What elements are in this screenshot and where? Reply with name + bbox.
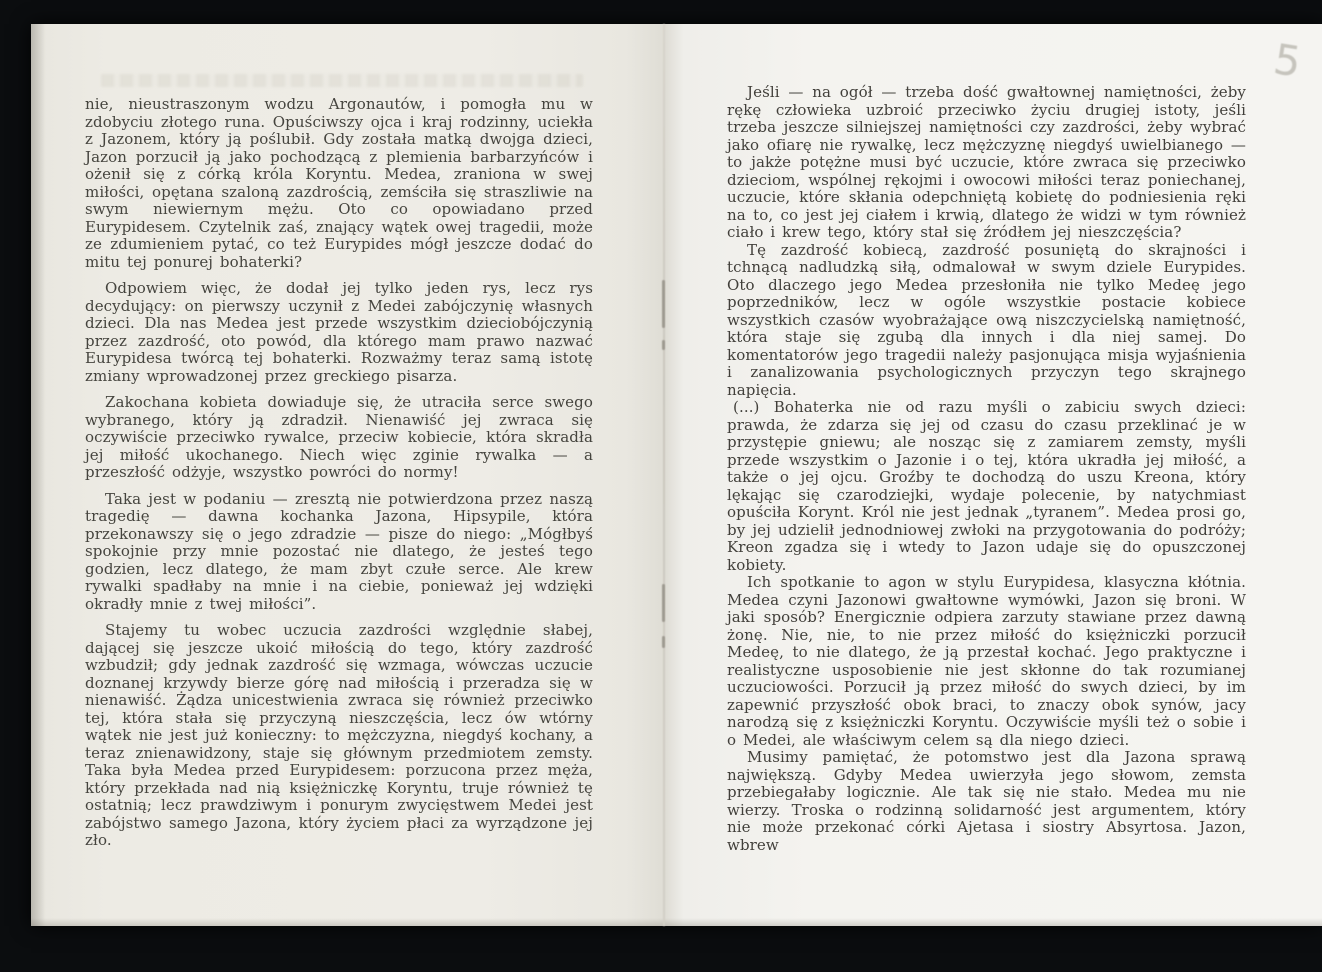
paragraph: Tę zazdrość kobiecą, zazdrość posuniętą …: [727, 242, 1246, 400]
right-page-text-column: Jeśli — na ogół — trzeba dość gwałtownej…: [727, 84, 1246, 854]
gutter-mark: [662, 280, 665, 328]
page-edge-shadow: [31, 24, 45, 926]
page-edge-shadow: [31, 918, 664, 926]
paragraph: nie, nieustraszonym wodzu Argonautów, i …: [85, 96, 593, 271]
left-page: nie, nieustraszonym wodzu Argonautów, i …: [31, 24, 664, 926]
book-gutter-fold: [663, 24, 665, 926]
paragraph: Odpowiem więc, że dodał jej tylko jeden …: [85, 280, 593, 385]
gutter-mark: [662, 340, 665, 350]
paragraph: (...) Bohaterka nie od razu myśli o zabi…: [727, 399, 1246, 574]
gutter-mark: [662, 636, 665, 648]
paragraph: Musimy pamiętać, że potomstwo jest dla J…: [727, 749, 1246, 854]
scanner-background: nie, nieustraszonym wodzu Argonautów, i …: [0, 0, 1322, 972]
right-page: Jeśli — na ogół — trzeba dość gwałtownej…: [664, 24, 1322, 926]
show-through-ghost-text: [101, 74, 583, 87]
page-edge-shadow: [664, 918, 1322, 926]
paragraph: Zakochana kobieta dowiaduje się, że utra…: [85, 394, 593, 482]
paragraph: Stajemy tu wobec uczucia zazdrości wzglę…: [85, 622, 593, 850]
left-page-text-column: nie, nieustraszonym wodzu Argonautów, i …: [85, 96, 593, 850]
paragraph: Taka jest w podaniu — zresztą nie potwie…: [85, 491, 593, 614]
gutter-mark: [662, 584, 665, 622]
book-spread: nie, nieustraszonym wodzu Argonautów, i …: [31, 24, 1322, 926]
paragraph: Jeśli — na ogół — trzeba dość gwałtownej…: [727, 84, 1246, 242]
paragraph: Ich spotkanie to agon w stylu Eurypidesa…: [727, 574, 1246, 749]
